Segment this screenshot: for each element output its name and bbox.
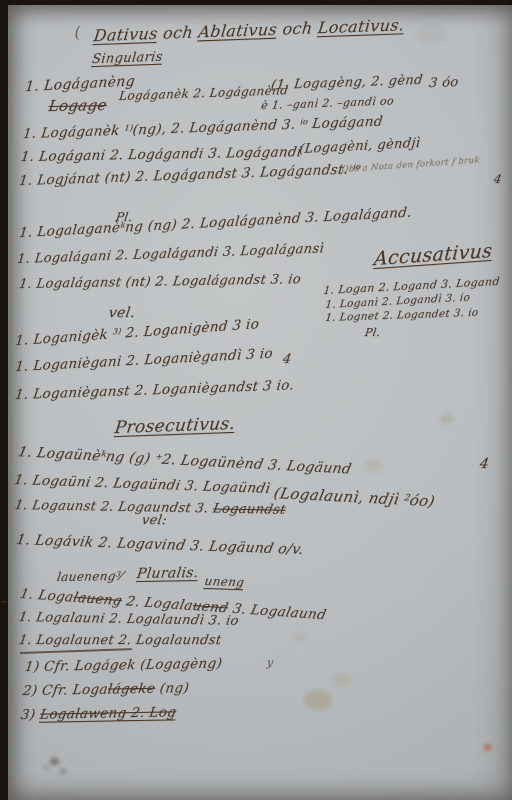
paren-note: (Logagèni, gèndjì	[298, 136, 421, 157]
heading-prosecutivus: Prosecutivus.	[114, 414, 237, 438]
margin-dash: –	[0, 594, 8, 608]
paren-note: 3 óo	[428, 75, 459, 91]
margin-number: 4	[478, 456, 490, 472]
crossed-word: Logage	[47, 96, 108, 115]
paradigm-line: 1. Logalaganèkng (ng) 2. Logaláganènd 3.…	[18, 204, 412, 241]
paradigm-line: 1. Loganiègani 2. Loganiègandì 3 io	[14, 345, 273, 375]
paren-note: (Logalaunì, ndjì 2óo)	[272, 484, 436, 510]
paradigm-line: 1. Logágani 2. Logágandi 3. Logágandi	[20, 144, 303, 165]
paradigm-line: 1. Logalaunet 2. Logalaundst	[18, 633, 223, 648]
heading-cases: Dativus och Ablativus och Locativus.	[93, 15, 406, 45]
stray-paren: (	[74, 23, 81, 42]
heading-pluralis: Pluralis.	[136, 565, 200, 582]
paradigm-line: 1. Loganièganst 2. Loganiègandst 3 io.	[14, 377, 295, 403]
heading-singularis: Singularis	[91, 50, 163, 68]
paradigm-line: 1. Logaünèkng (g) +2. Logaünènd 3. Logäu…	[17, 444, 353, 477]
margin-number: 4	[282, 352, 293, 367]
ink-layer: (Dativus och Ablativus och Locativus.Sin…	[0, 0, 512, 800]
heading-pl: Pl.	[364, 326, 382, 339]
heading-accusativus: Accusativus	[373, 240, 493, 270]
footnote-3: 3) Logalaweng 2. Log	[20, 704, 178, 723]
insert-correction: uneng	[203, 574, 245, 589]
footnote-1: 1) Cfr. Logágek (Logagèng)	[24, 656, 224, 675]
paradigm-line: 1. Logalágani 2. Logalágandi 3. Logalága…	[16, 241, 325, 267]
paradigm-line: 1. Logalauni 2. Logalaundì 3. io	[17, 610, 240, 629]
paradigm-line: 1. Logávik 2. Logavind 3. Logäund o/v.	[15, 532, 305, 558]
heading-vel: vel:	[141, 513, 168, 528]
paradigm-line: 1. Logáganèk 1)(ng), 2. Logáganènd 3. io…	[22, 113, 384, 142]
stray-mark: y	[266, 656, 275, 669]
footnote-separator	[20, 648, 132, 653]
photo-frame: (Dativus och Ablativus och Locativus.Sin…	[0, 0, 512, 800]
margin-number: 4	[493, 172, 503, 186]
paradigm-line: 1. Logjánat (nt) 2. Logágandst 3. Logága…	[18, 161, 361, 189]
paradigm-line: 1. Logaüni 2. Logaündi 3. Logaündì	[13, 472, 272, 497]
paradigm-line: 1. Logaláganst (nt) 2. Logalágandst 3. i…	[18, 272, 302, 292]
heading-vel: vel.	[107, 305, 136, 321]
insert-correction: laueneng3⁄	[56, 569, 124, 584]
paren-note: (1. Logagèng, 2. gènd	[270, 73, 423, 93]
marginal-pencil-note: Obs a Nota den forkort f bruk	[341, 155, 480, 175]
footnote-2: 2) Cfr. Logalágeke (ng)	[22, 680, 190, 699]
paradigm-line: 1. Loganigèk 3) 2. Loganigènd 3 io	[15, 316, 260, 349]
